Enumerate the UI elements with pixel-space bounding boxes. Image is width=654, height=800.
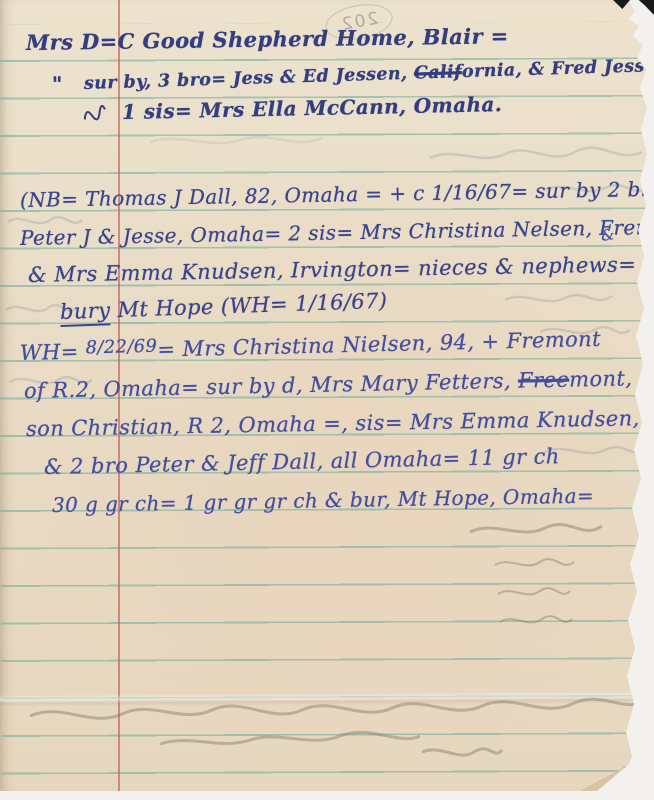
scan-artifact-mark (637, 0, 654, 15)
underlined-word: bury (60, 298, 111, 327)
crossed-out-word: Free (518, 368, 570, 393)
paper-sheet: 202 Mrs D=C Good Shepherd Home, Blair = … (0, 0, 654, 800)
scanned-notebook-page: 202 Mrs D=C Good Shepherd Home, Blair = … (0, 0, 654, 800)
raised-date: 8/22/69 (85, 336, 157, 359)
stray-ampersand-mark: & (600, 225, 616, 245)
ditto-mark: " (52, 72, 63, 96)
crossed-out-word: Calif (414, 62, 463, 84)
red-ink-speck (641, 410, 645, 414)
